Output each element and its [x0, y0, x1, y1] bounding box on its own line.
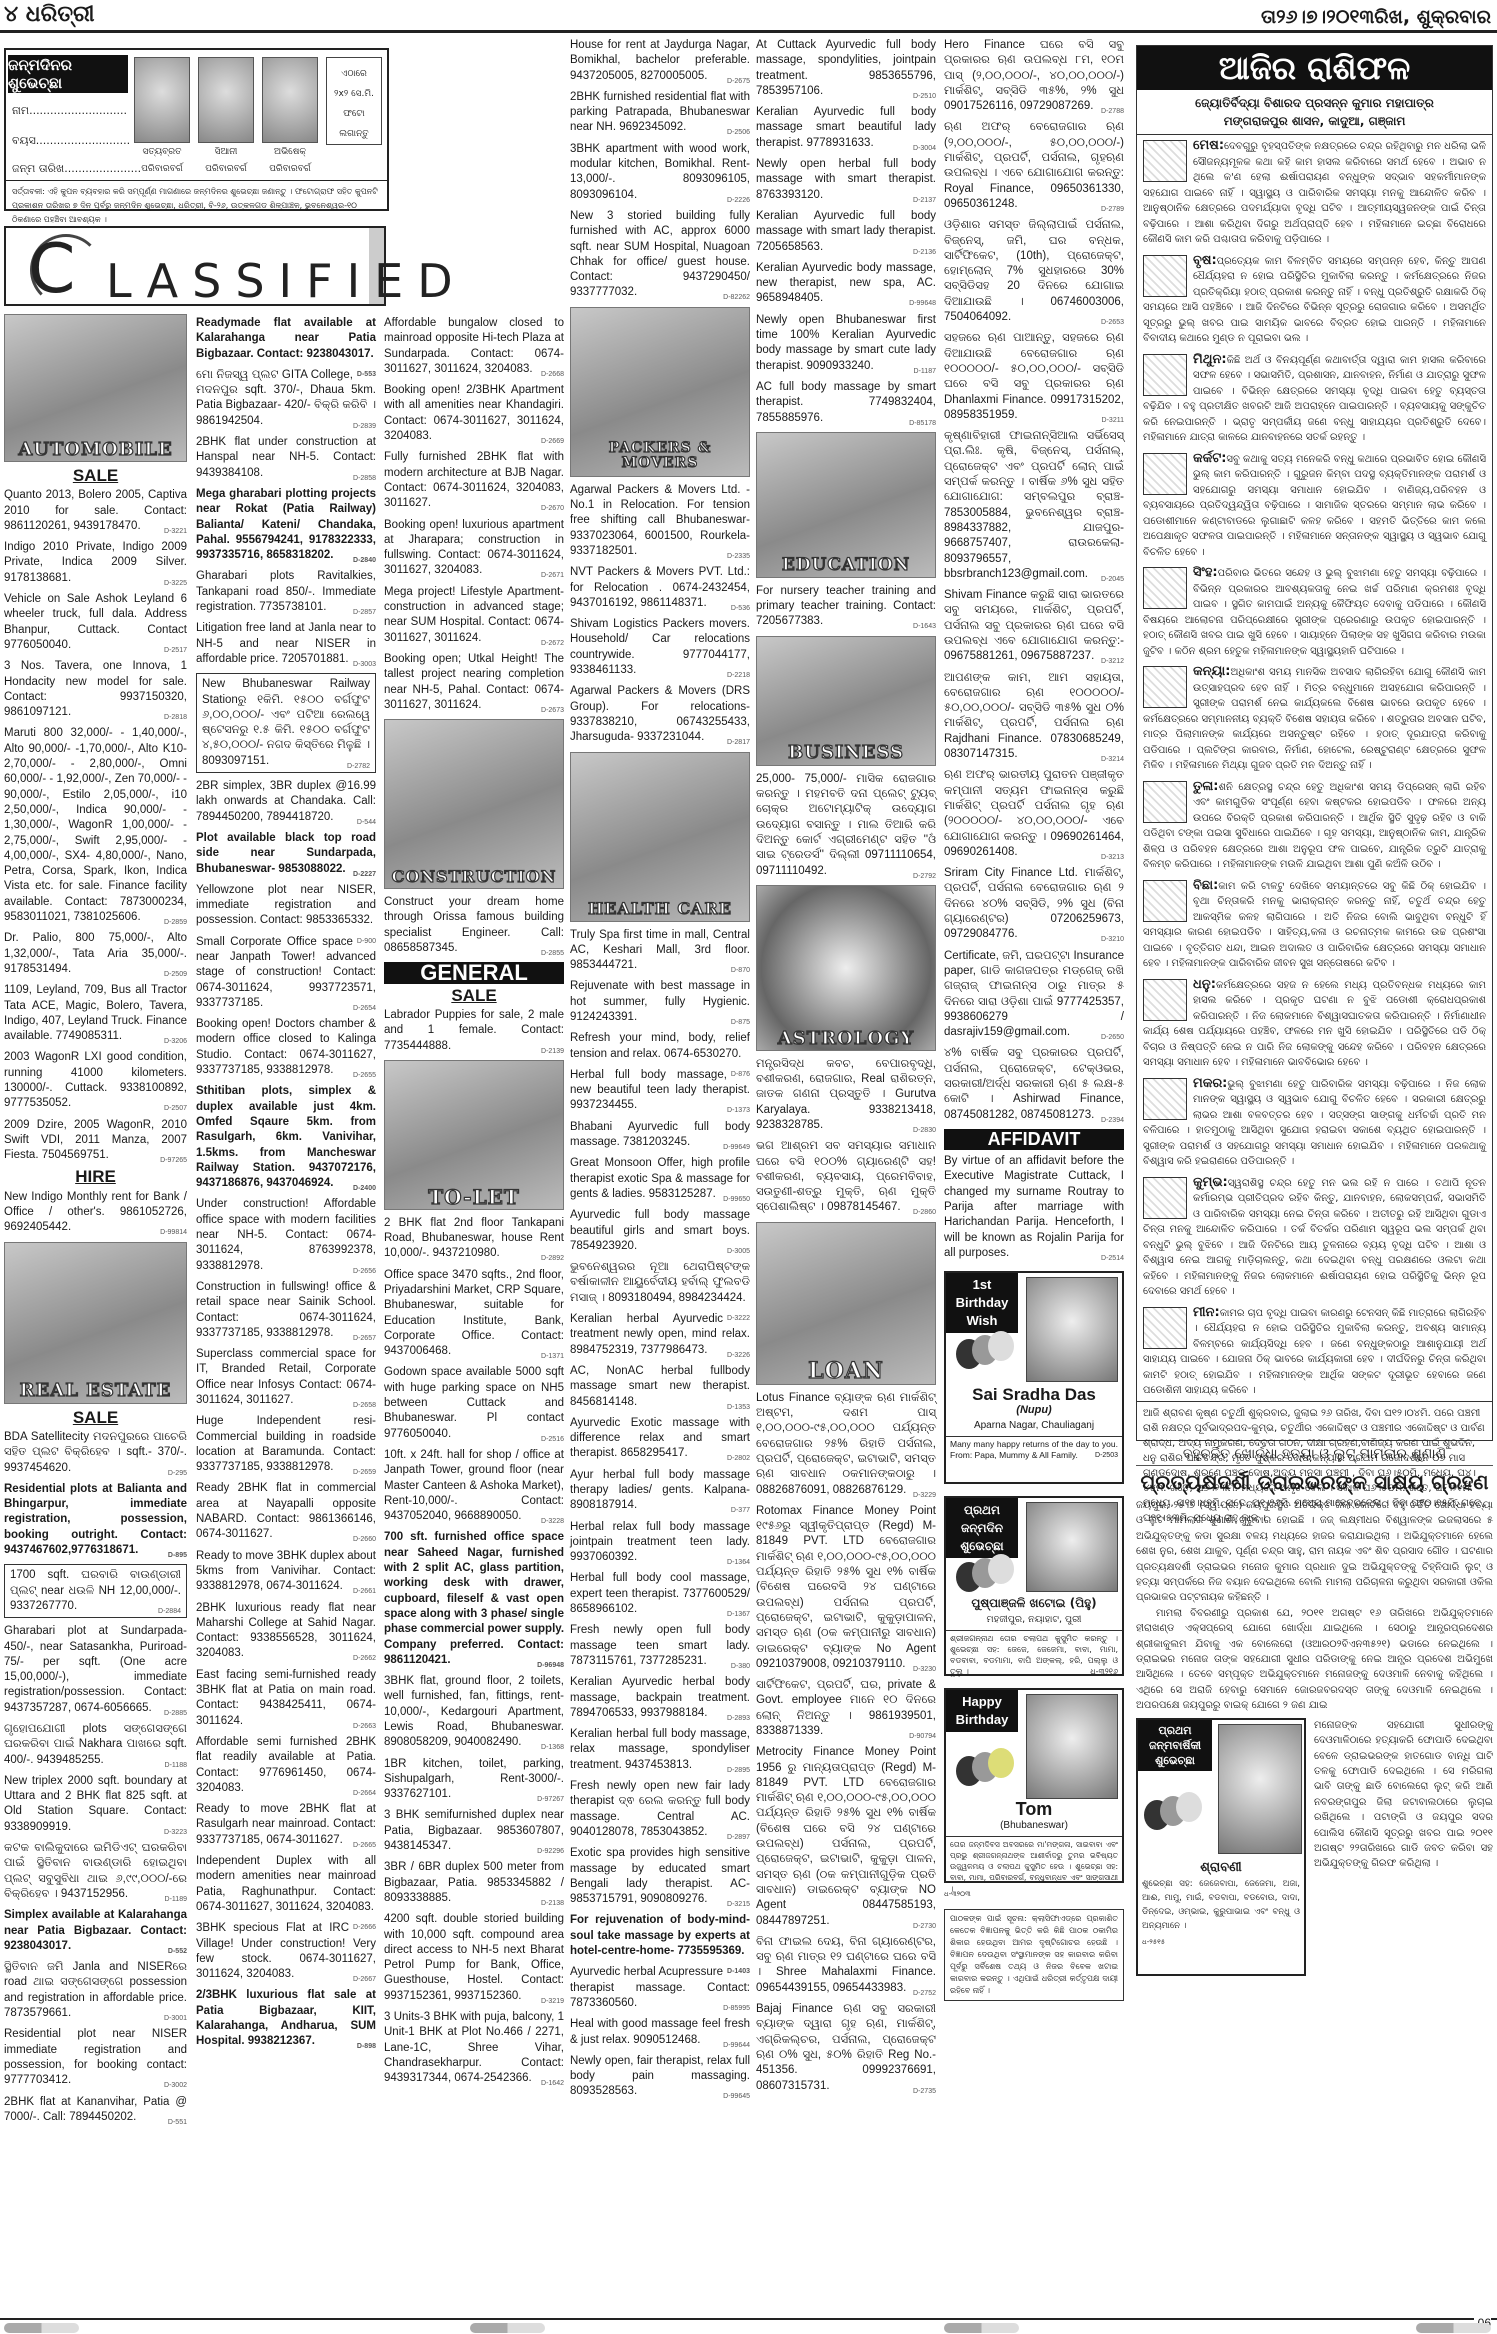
ad-text: Herbal full body cool massage, expert te…: [570, 1572, 750, 1615]
classified-ad: Lotus Finance ବ୍ୟାଙ୍କ ଋଣ ମାର୍କଶିଟ୍ ଅଷ୍ଟମ…: [756, 1391, 936, 1498]
ad-text: 2/3BHK luxurious flat sale at Patia Bigb…: [196, 1989, 376, 2047]
ad-code: D-2517: [164, 643, 187, 658]
ad-text: Certificate, ଜମି, ଘରପଟ୍ଟା Insurance pape…: [944, 950, 1124, 1038]
ad-text: Shivam Logistics Packers movers. Househo…: [570, 618, 750, 676]
ad-code: D-3206: [164, 1034, 187, 1049]
ad-text: ଋଣ ଅଫର୍ ଭାରତୀୟ ପୁରାତନ ପଞ୍ଜୀକୃତ କମ୍ପାନୀ ସ…: [944, 769, 1124, 857]
ad-text: Booking open! luxurious apartment at Jha…: [384, 519, 564, 577]
ad-text: Indigo 2010 Private, Indigo 2009 Private…: [4, 541, 187, 584]
classified-ad: 700 sft. furnished office space near Sah…: [384, 1530, 564, 1668]
classified-ad: କଟକ ବାଲିକୁଦାରେ ଇମିଡିଏଟ୍ ଘରକରିବା ପାଇଁ ସ୍ଥ…: [4, 1841, 187, 1902]
ad-text: 2BHK luxurious ready flat near Maharshi …: [196, 1602, 376, 1660]
classified-ad: ଓଡ଼ିଶାର ସମସ୍ତ ଜିଲ୍ଲାପାଇଁ ପର୍ସନାଲ, ବିଜ୍‌ନ…: [944, 218, 1124, 325]
classified-ad: Affordable bungalow closed to mainroad o…: [384, 316, 564, 377]
sign-text: କିଛି ଅର୍ଥ ଓ ବିନୟପୂର୍ଣ୍ଣ କଥାବାର୍ତ୍ତା ଦ୍ୱା…: [1143, 355, 1486, 444]
ad-text: Affordable bungalow closed to mainroad o…: [384, 317, 564, 375]
ad-code: D-3229: [913, 1488, 936, 1503]
ad-text: 2BHK flat under construction at Hanspal …: [196, 436, 376, 479]
balloons-icon: [956, 1752, 1016, 1792]
ad-code: D-2138: [541, 1896, 564, 1911]
ad-code: D-2661: [353, 1584, 376, 1599]
sign-name: କୁମ୍ଭ:: [1193, 1175, 1228, 1190]
sign-name: ସିଂହ:: [1193, 565, 1218, 580]
ad-text: Keralian Ayurvedic full body massage wit…: [756, 210, 936, 253]
classified-ad: 3 Units-3 BHK with puja, balcony, 1 Unit…: [384, 2010, 564, 2086]
classified-ad: Shivam Logistics Packers movers. Househo…: [570, 617, 750, 678]
ad-code: D-898: [357, 2039, 376, 2054]
zodiac-icon: [1143, 1177, 1187, 1219]
column-automobile-realestate: AUTOMOBILE SALE Quanto 2013, Bolero 2005…: [4, 314, 187, 2131]
classified-ad: Herbal full body massage, new beautiful …: [570, 1068, 750, 1114]
classified-ad: Superclass commercial space for IT, Bran…: [196, 1347, 376, 1408]
ad-text: Agarwal Packers & Movers (DRS Group). Fo…: [570, 685, 750, 743]
classified-ad: Readymade flat available at Kalarahanga …: [196, 316, 376, 362]
balloons-icon: [956, 1558, 1016, 1598]
classified-ad: 3BHK specious Flat at IRC Village! Under…: [196, 1921, 376, 1982]
classified-ad: Fresh newly open full body massage teen …: [570, 1623, 750, 1669]
column-rent-packers-health: House for rent at Jaydurga Nagar, Bomikh…: [570, 38, 750, 2106]
classified-ad: Independent Duplex with all modern ameni…: [196, 1854, 376, 1915]
ad-text: Agarwal Packers & Movers Ltd. - No.1 in …: [570, 484, 750, 557]
ad-code: D-97265: [160, 1153, 187, 1168]
section-heading-affidavit: AFFIDAVIT: [944, 1129, 1124, 1150]
zodiac-icon: [1143, 140, 1187, 182]
classified-ad: Great Monsoon Offer, high profile therap…: [570, 1156, 750, 1202]
classified-ad: Keralian Ayurvedic herbal body massage, …: [570, 1675, 750, 1721]
classified-ad: 2BHK flat under construction at Hanspal …: [196, 435, 376, 481]
classified-ad: Fully furnished 2BHK flat with modern ar…: [384, 450, 564, 511]
page-label: ୪ ଧରିତ୍ରୀ: [4, 2, 95, 27]
ad-text: AC, NonAC herbal fullbody massage smart …: [570, 1365, 750, 1408]
ad-code: D-377: [731, 1503, 750, 1518]
photo-caption: ଅଭିଷେକ୍ପରିବାରବର୍ଗ: [260, 144, 320, 178]
sign-text: କର୍ମକ୍ଷେତ୍ରରେ ସହଜ ନ ହେଲେ ମଧ୍ୟ ପ୍ରତିବନ୍ଧକ…: [1143, 980, 1486, 1069]
birthday-coupon: ଜନ୍ମଦିନର ଶୁଭେଚ୍ଛା ନାମ...................…: [4, 48, 389, 211]
ad-text: Rejuvenate with best massage in hot summ…: [570, 980, 750, 1023]
ad-code: D-2782: [347, 759, 370, 774]
ad-text: 10ft. x 24ft. hall for shop / office at …: [384, 1449, 564, 1522]
page-tab: [1416, 2323, 1491, 2333]
classified-ad: 3BHK flat, ground floor, 2 toilets, well…: [384, 1674, 564, 1750]
ad-code: D-2830: [913, 1123, 936, 1138]
ad-text: Office space 3470 sqfts., 2nd floor, Pri…: [384, 1269, 564, 1357]
ad-text: Truly Spa first time in mall, Central AC…: [570, 929, 750, 972]
ad-code: D-2671: [541, 568, 564, 583]
ad-code: D-3225: [164, 576, 187, 591]
ad-code: D-2137: [913, 193, 936, 208]
classified-ad: 3BHK apartment with wood work, modular k…: [570, 142, 750, 203]
ad-code: D-2858: [353, 471, 376, 486]
ad-text: Herbal full body massage, new beautiful …: [570, 1069, 750, 1112]
ad-code: D-3219: [541, 1994, 564, 2009]
ad-code: D-2139: [541, 1044, 564, 1059]
classified-ad: Small Corporate Office space near Janpat…: [196, 935, 376, 1011]
ad-text: Superclass commercial space for IT, Bran…: [196, 1348, 376, 1406]
classified-ad: ଆପଣଙ୍କ କାମ, ଆମ ସହାୟତା, ବେରୋଜଗାର ଋଣ ୧୦୦୦୦…: [944, 671, 1124, 763]
ad-text: By virtue of an affidavit before the Exe…: [944, 1155, 1124, 1259]
ad-code: D-870: [731, 963, 750, 978]
ad-code: D-3214: [1101, 752, 1124, 767]
zodiac-sign-entry: ମୀନ:କାମର ଚାପ ବୃଦ୍ଧି ପାଇବା କାରଣରୁ ଟେନସନ୍ …: [1137, 1302, 1492, 1401]
ad-text: Residential plot near NISER immediate re…: [4, 2028, 187, 2086]
classified-ad: Newly open, fair therapist, relax full b…: [570, 2054, 750, 2100]
ad-code: D-2840: [353, 553, 376, 568]
ad-text: Vehicle on Sale Ashok Leyland 6 wheeler …: [4, 593, 187, 651]
ad-text: 3BR / 6BR duplex 500 meter from Bigbazaa…: [384, 1861, 564, 1904]
classified-banner: C LASSIFIED: [4, 226, 386, 306]
ad-code: D-2226: [727, 193, 750, 208]
sign-name: ବୃଷ:: [1193, 253, 1217, 268]
classified-ad: ଋଣ ଅଫର୍ ବେରୋଜଗାର ଋଣ (୨,୦୦,୦୦୦/-, ୫୦,୦୦,୦…: [944, 120, 1124, 212]
ad-code: D-3004: [913, 141, 936, 156]
classified-ad: ଗୃହୋପଯୋଗୀ plots ସଙ୍ଗେସଙ୍ଗେ ଘରକରିବା ପାଇଁ …: [4, 1722, 187, 1768]
baby-photo: [1026, 1502, 1118, 1592]
ad-code: D-1187: [914, 364, 936, 379]
ad-code: D-1367: [727, 1607, 750, 1622]
ad-text: Yellowzone plot near NISER, immediate re…: [196, 884, 376, 927]
ad-text: Ready to move 2BHK flat at Rasulgarh nea…: [196, 1803, 376, 1846]
ad-code: D-99650: [723, 1192, 750, 1207]
ad-code: D-3213: [1101, 850, 1124, 865]
ad-text: 2003 WagonR LXI good condition, running …: [4, 1051, 187, 1109]
baby-photo: [1218, 1724, 1302, 1854]
ad-text: 1700 sqft. ଘରବାରି ବାଉଣ୍ଡାରୀ ପ୍ଲଟ୍ near ଧ…: [10, 1569, 181, 1612]
birthday-wish-box: ପ୍ରଥମ ଜନ୍ମବାର୍ଷିକୀ ଶୁଭେଚ୍ଛା ଶ୍ରାବଣୀ ଶୁଭେ…: [1136, 1718, 1306, 1976]
ad-code: D-2817: [727, 735, 750, 750]
child-photo: [1026, 1694, 1118, 1799]
ad-code: D-2884: [158, 1604, 181, 1619]
ad-text: Sriram City Finance Ltd. ମାର୍କଶିଟ୍, ପ୍ରପ…: [944, 867, 1124, 940]
classified-ad: 2009 Dzire, 2005 WagonR, 2010 Swift VDI,…: [4, 1118, 187, 1164]
zodiac-sign-entry: ମିଥୁନ:କିଛି ଅର୍ଥ ଓ ବିନୟପୂର୍ଣ୍ଣ କଥାବାର୍ତ୍ତ…: [1137, 349, 1492, 448]
horoscope-panel: ଆଜିର ରାଶିଫଳ ଜ୍ୟୋତିର୍ବିଦ୍ୟା ବିଶାରଦ ପ୍ରସନ୍…: [1136, 45, 1493, 1441]
ad-text: Fully furnished 2BHK flat with modern ar…: [384, 451, 564, 509]
ad-text: କୃଷ୍ଣାବିହାରୀ ଫାଇନାନ୍ସିଆଲ ସର୍ଭିସେସ୍ ପ୍ରା.…: [944, 430, 1124, 580]
ad-code: D-2335: [727, 549, 750, 564]
classified-ad: Construction in fullswing! office & reta…: [196, 1280, 376, 1341]
ad-text: Mega gharabari plotting projects near Ro…: [196, 488, 376, 561]
ad-code: D-1353: [727, 1400, 750, 1415]
classified-ad: Affordable semi furnished 2BHK flat read…: [196, 1735, 376, 1796]
ad-code: D-1373: [727, 1103, 750, 1118]
classified-ad: For nursery teacher training and primary…: [756, 584, 936, 630]
ad-code: D-2857: [353, 605, 376, 620]
ad-code: D-2675: [727, 74, 750, 89]
ad-text: Under construction! Affordable office sp…: [196, 1198, 376, 1271]
ad-text: Booking open! 2/3BHK Apartment with all …: [384, 384, 564, 442]
classified-ad: ବିନା ଫାଇଲ ଦେୟ, ବିନା ଗ୍ୟାରେଣ୍ଟର, ସବୁ ଋଣ ମ…: [756, 1935, 936, 1996]
classified-ad: ସହଜରେ ଋଣ ପାଆନ୍ତୁ, ସହଜରେ ଋଣ ଦିଆଯାଉଛି ବେରୋ…: [944, 331, 1124, 423]
age-field: ବୟସ...........................: [12, 134, 130, 148]
ad-text: ଗୃହୋପଯୋଗୀ plots ସଙ୍ଗେସଙ୍ଗେ ଘରକରିବା ପାଇଁ …: [4, 1723, 187, 1766]
ad-code: D-3228: [541, 1514, 564, 1529]
classified-ad: 2BR simplex, 3BR duplex @16.99 lakh onwa…: [196, 779, 376, 825]
zodiac-icon: [1143, 979, 1187, 1021]
section-heading-sale: SALE: [4, 1410, 187, 1425]
ad-code: D-90794: [909, 1729, 936, 1744]
classified-ad: Heal with good massage feel fresh & just…: [570, 2017, 750, 2048]
ad-code: D-3226: [727, 1348, 750, 1363]
ad-text: Gharabari plots Ravitalkies, Tankapani r…: [196, 570, 376, 613]
dob-field: ଜନ୍ମ ତାରିଖ......................: [12, 162, 141, 176]
ad-text: New triplex 2000 sqft. boundary at Uttar…: [4, 1775, 187, 1833]
classified-ad: 25,000- 75,000/- ମାସିକ ରୋଜଗାର କରନ୍ତୁ । ମ…: [756, 772, 936, 879]
classified-ad: Indigo 2010 Private, Indigo 2009 Private…: [4, 540, 187, 586]
sign-name: ବିଛା:: [1193, 878, 1218, 893]
ad-code: D-2660: [353, 1532, 376, 1547]
ad-code: D-2673: [541, 703, 564, 718]
ad-code: D-2653: [1101, 315, 1124, 330]
automobile-image: AUTOMOBILE: [4, 314, 187, 462]
ad-code: D-1643: [913, 619, 936, 634]
ad-code: D-1189: [165, 1892, 187, 1907]
ad-text: Quanto 2013, Bolero 2005, Captiva 2010 f…: [4, 489, 187, 532]
page-tab: [470, 2323, 545, 2333]
birthday-wish-box: ପ୍ରଥମ ଜନ୍ମଦିନ ଶୁଭେଚ୍ଛା ପୁଷ୍ପାଞ୍ଜଳି ଖଟୋଇ …: [944, 1496, 1124, 1676]
real-estate-image: REAL ESTATE: [4, 1242, 187, 1404]
classified-ad: Mega gharabari plotting projects near Ro…: [196, 487, 376, 563]
ad-code: D-2659: [353, 1465, 376, 1480]
classified-ad: AC, NonAC herbal fullbody massage smart …: [570, 1364, 750, 1410]
ad-code: D-2735: [913, 2084, 936, 2099]
zodiac-icon: [1143, 354, 1187, 396]
classified-ad: Dr. Palio, 800 75,000/-, Alto 1,32,000/-…: [4, 931, 187, 977]
ad-code: D-1364: [727, 1555, 750, 1570]
ad-text: BDA Satellitecity ମଦନପୁରରେ ପାଚେରି ସହିତ ପ…: [4, 1431, 187, 1474]
classified-ad: Agarwal Packers & Movers Ltd. - No.1 in …: [570, 483, 750, 559]
ad-code: D-99649: [723, 1140, 750, 1155]
ad-text: Dr. Palio, 800 75,000/-, Alto 1,32,000/-…: [4, 932, 187, 975]
sign-name: ମେଷ:: [1193, 138, 1224, 153]
business-image: BUSINESS: [756, 636, 936, 766]
ad-code: D-1368: [541, 1740, 564, 1755]
ad-text: House for rent at Jaydurga Nagar, Bomikh…: [570, 39, 750, 82]
classified-ad: କୃଷ୍ଣାବିହାରୀ ଫାଇନାନ୍ସିଆଲ ସର୍ଭିସେସ୍ ପ୍ରା.…: [944, 429, 1124, 582]
ad-text: Construct your dream home through Orissa…: [384, 896, 564, 954]
photo-caption: ସତ୍ୟବ୍ରତପରିବାରବର୍ଗ: [132, 144, 192, 178]
balloons-icon: [956, 1335, 1016, 1375]
classified-ad: Sriram City Finance Ltd. ମାର୍କଶିଟ୍, ପ୍ରପ…: [944, 866, 1124, 942]
zodiac-sign-entry: ବୃଷ:ପ୍ରତ୍ୟେକ କାମ ବିଳମ୍ବିତ ସମୟରେ ସମ୍ପନ୍ନ …: [1137, 250, 1492, 349]
classified-ad: House for rent at Jaydurga Nagar, Bomikh…: [570, 38, 750, 84]
ad-code: D-2792: [913, 869, 936, 884]
ad-text: For rejuvenation of body-mind-soul take …: [570, 1914, 750, 1957]
child-photo: [134, 57, 190, 143]
ad-text: Mega project! Lifestyle Apartment- const…: [384, 586, 564, 644]
ad-code: D-2802: [727, 1451, 750, 1466]
zodiac-sign-entry: ବିଛା:କାମ କରି ଟାଳଟୁ ଦେଖିବେ ସମୟାନ୍ତରେ ସବୁ …: [1137, 875, 1492, 974]
birthday-tag: ପ୍ରଥମ ଜନ୍ମବାର୍ଷିକୀ ଶୁଭେଚ୍ଛା: [1138, 1720, 1212, 1771]
classified-ad: Residential plots at Balianta and Bhinga…: [4, 1482, 187, 1558]
ad-code: D-3001: [164, 2011, 187, 2026]
sign-text: ଅଧିକାଂଶ ସମୟ ମାନସିକ ଅବସାଦ ଲାଗିରହିବା ଯୋଗୁ …: [1143, 667, 1486, 771]
classified-ad: Under construction! Affordable office sp…: [196, 1197, 376, 1273]
classified-ad: Plot available black top road side near …: [196, 831, 376, 877]
classified-ad: Ayur herbal full body massage therapy la…: [570, 1468, 750, 1514]
zodiac-sign-entry: ମକର:ଭୁଲ୍ ବୁଝାମଣା ହେତୁ ପାରିବାରିକ ସମସ୍ୟା ବ…: [1137, 1073, 1492, 1172]
ad-text: 3 Units-3 BHK with puja, balcony, 1 Unit…: [384, 2011, 564, 2084]
birthday-wish-box: 1st Birthday Wish Sai Sradha Das (Nupu) …: [944, 1271, 1124, 1484]
ad-text: ଓଡ଼ିଶାର ସମସ୍ତ ଜିଲ୍ଲାପାଇଁ ପର୍ସନାଲ, ବିଜ୍‌ନ…: [944, 219, 1124, 323]
ad-code: D-1371: [541, 1349, 564, 1364]
classified-ad: 2BHK luxurious ready flat near Maharshi …: [196, 1601, 376, 1662]
sign-name: ତୁଳା:: [1193, 779, 1219, 794]
classified-ad: AC full body massage by smart therapist.…: [756, 380, 936, 426]
classified-ad: Keralian herbal full body massage, relax…: [570, 1727, 750, 1773]
section-heading-general: GENERAL: [384, 962, 564, 983]
zodiac-sign-entry: କନ୍ୟା:ଅଧିକାଂଶ ସମୟ ମାନସିକ ଅବସାଦ ଲାଗିରହିବା…: [1137, 661, 1492, 776]
top-rule: [0, 30, 1497, 33]
classified-ad: ମନ୍ତ୍ରସିଦ୍ଧ କବଚ, ବେପାରବୃଦ୍ଧି, ବଶୀକରଣ, ରୋ…: [756, 1057, 936, 1133]
section-heading-sale: SALE: [4, 468, 187, 483]
classified-ad: Agarwal Packers & Movers (DRS Group). Fo…: [570, 684, 750, 745]
ad-code: D-2227: [353, 867, 376, 882]
ad-code: D-2895: [727, 1763, 750, 1778]
ad-code: D-2656: [353, 1264, 376, 1279]
sign-text: କାମର ଚାପ ବୃଦ୍ଧି ପାଇବା କାରଣରୁ ଟେନସନ୍ କିଛି…: [1143, 1308, 1486, 1397]
ad-code: D-2897: [727, 1830, 750, 1845]
classified-ad: For rejuvenation of body-mind-soul take …: [570, 1913, 750, 1959]
zodiac-icon: [1143, 666, 1187, 708]
ad-code: D-552: [168, 1944, 187, 1959]
zodiac-icon: [1143, 781, 1187, 823]
ad-code: D-85178: [909, 416, 936, 431]
ad-text: 3BHK apartment with wood work, modular k…: [570, 143, 750, 201]
ad-text: କଟକ ବାଲିକୁଦାରେ ଇମିଡିଏଟ୍ ଘରକରିବା ପାଇଁ ସ୍ଥ…: [4, 1842, 187, 1900]
ad-code: D-2136: [913, 245, 936, 260]
bottom-rule: [0, 2318, 1497, 2320]
ad-code: D-3003: [353, 657, 376, 672]
ad-code: D-3215: [727, 1897, 750, 1912]
ad-text: 2BHK flat at Kananvihar, Patia @ 7000/-.…: [4, 2096, 187, 2123]
ad-code: D-2514: [1101, 1251, 1124, 1266]
ad-text: 2BHK furnished residential flat with par…: [570, 91, 750, 134]
ad-code: D-380: [731, 1659, 750, 1674]
ad-text: New Bhubaneswar Railway Stationରୁ ୧କିମି.…: [202, 678, 370, 766]
classified-ad: Exotic spa provides high sensitive massa…: [570, 1846, 750, 1907]
ad-code: D-96948: [537, 1658, 564, 1673]
ad-code: D-2670: [541, 501, 564, 516]
classified-ad: 3 BHK semifurnished duplex near Patia, B…: [384, 1808, 564, 1854]
ad-text: Affordable semi furnished 2BHK flat read…: [196, 1736, 376, 1794]
ad-text: 1109, Leyland, 709, Bus all Tractor Tata…: [4, 984, 187, 1042]
ad-code: D-2045: [1101, 572, 1124, 587]
classified-ad: Residential plot near NISER immediate re…: [4, 2027, 187, 2088]
child-photo: [262, 57, 318, 143]
ad-code: D-3230: [913, 1662, 936, 1677]
ad-code: D-85995: [723, 2001, 750, 2016]
ad-text: Ayurvedic Exotic massage with difference…: [570, 1417, 750, 1460]
classified-ad: East facing semi-furnished ready 3BHK fl…: [196, 1668, 376, 1729]
classified-ad: Booking open! 2/3BHK Apartment with all …: [384, 383, 564, 444]
classified-ad: ମୋ ନିଜସ୍ୱ ପ୍ଲଟ GITA College, ମଦନପୁର sqft…: [196, 368, 376, 429]
ad-code: D-2893: [727, 1711, 750, 1726]
zodiac-sign-entry: କର୍କଟ:ସବୁ କଥାକୁ ସତ୍ୟ ମନେକରି ବନ୍ଧୁ କଥାରେ …: [1137, 448, 1492, 563]
ad-text: 3BHK flat, ground floor, 2 toilets, well…: [384, 1675, 564, 1748]
zodiac-icon: [1143, 255, 1187, 297]
ad-text: ଭଗ ଆଶ୍ରମ ସବ ସମସ୍ୟାର ସମାଧାନ ଘରେ ବସି ୧୦୦% …: [756, 1140, 936, 1213]
sign-text: ସ୍ୱରାଶିସ୍ଥ ଚନ୍ଦ୍ର ହେତୁ ମନ ଭଲ ରହି ନ ପାରେ …: [1143, 1178, 1486, 1298]
classified-ad: ସ୍ଥିତିବାନ ଜମି Janla and NISERରେ road ଥାଇ…: [4, 1960, 187, 2021]
ad-text: Metrocity Finance Money Point 1956 ରୁ ମା…: [756, 1746, 936, 1926]
zodiac-icon: [1143, 1078, 1187, 1120]
ad-text: Sthitiban plots, simplex & duplex availa…: [196, 1085, 376, 1189]
ad-text: ସହଜରେ ଋଣ ପାଆନ୍ତୁ, ସହଜରେ ଋଣ ଦିଆଯାଉଛି ବେରୋ…: [944, 332, 1124, 420]
ad-code: D-2818: [164, 710, 187, 725]
ad-text: Fresh newly open new fair lady therapist…: [570, 1780, 750, 1838]
sign-text: ସବୁ କଥାକୁ ସତ୍ୟ ମନେକରି ବନ୍ଧୁ କଥାରେ ପ୍ରଭାବ…: [1143, 454, 1486, 558]
classified-ad: Sthitiban plots, simplex & duplex availa…: [196, 1084, 376, 1191]
sign-text: ଶନି କ୍ଷେତ୍ରସ୍ଥ ଚନ୍ଦ୍ର ହେତୁ ଅଧିକାଂଶ ସମୟ ଡ…: [1143, 782, 1486, 871]
classified-ad: Litigation free land at Janla near to NH…: [196, 621, 376, 667]
classified-ad: Herbal full body cool massage, expert te…: [570, 1571, 750, 1617]
ad-text: Keralian Ayurvedic full body massage sma…: [756, 106, 936, 149]
child-photo: [198, 57, 254, 143]
classified-ad: ଭୁବନେଶ୍ୱରର ନୂଆ ଥେରାପିଷ୍ଟଙ୍କ ବର୍ଷାକାଳୀନ ଆ…: [570, 1260, 750, 1306]
ad-text: Booking open! Doctors chamber & modern o…: [196, 1018, 376, 1076]
classified-ad: Ready to move 3BHK duplex about 5kms fro…: [196, 1549, 376, 1595]
ad-text: Huge Independent resi-Commercial buildin…: [196, 1415, 376, 1473]
ad-code: D-2663: [353, 1719, 376, 1734]
zodiac-icon: [1143, 453, 1187, 495]
sign-name: କନ୍ୟା:: [1193, 664, 1230, 679]
ad-text: Lotus Finance ବ୍ୟାଙ୍କ ଋଣ ମାର୍କଶିଟ୍ ଅଷ୍ଟମ…: [756, 1392, 936, 1496]
zodiac-sign-entry: ସିଂହ:ପରିବାର ଭିତରେ ସନ୍ଦେହ ଓ ଭୁଲ୍ ବୁଝାମଣା …: [1137, 562, 1492, 661]
ad-code: D-99814: [160, 1225, 187, 1240]
ad-code: D-2789: [1101, 202, 1124, 217]
photo-caption: ସିଆନୀପରିବାରବର୍ଗ: [196, 144, 256, 178]
classified-ad: Keralian herbal Ayurvedic treatment newl…: [570, 1312, 750, 1358]
news-kicker: ବହୁଚର୍ଚ୍ଚିତ ଖୋର୍ଦ୍ଧା ହତ୍ୟା ଓ ଲୁଟ୍ ମାମଲାର…: [1136, 1446, 1493, 1466]
ad-code: D-99644: [723, 2038, 750, 2053]
classified-ad: Booking open! luxurious apartment at Jha…: [384, 518, 564, 579]
coupon-title: ଜନ୍ମଦିନର ଶୁଭେଚ୍ଛା: [8, 55, 128, 93]
ad-code: D-2657: [353, 1331, 376, 1346]
classified-ad: ୪% ବାର୍ଷିକ ସବୁ ପ୍ରକାରର ପ୍ରପର୍ଟି, ପର୍ସନାଲ…: [944, 1046, 1124, 1122]
sign-name: ମୀନ:: [1193, 1305, 1220, 1320]
ad-code: D-551: [168, 2115, 187, 2130]
classified-ad: 2003 WagonR LXI good condition, running …: [4, 1050, 187, 1111]
classified-ad: Ready to move 2BHK flat at Rasulgarh nea…: [196, 1802, 376, 1848]
classified-ad: Gharabari plots Ravitalkies, Tankapani r…: [196, 569, 376, 615]
birthday-tag: Happy Birthday: [946, 1690, 1018, 1732]
ad-text: 700 sft. furnished office space near Sah…: [384, 1531, 564, 1665]
ad-code: D-544: [357, 815, 376, 830]
ad-text: Fresh newly open full body massage teen …: [570, 1624, 750, 1667]
ad-text: Residential plots at Balianta and Bhinga…: [4, 1483, 187, 1556]
ad-text: For nursery teacher training and primary…: [756, 585, 936, 628]
ad-text: 2 BHK flat 2nd floor Tankapani Road, Bhu…: [384, 1217, 564, 1260]
zodiac-icon: [1143, 1307, 1187, 1349]
ad-code: D-82262: [723, 290, 750, 305]
ad-code: D-2839: [353, 419, 376, 434]
classified-ad: 2 BHK flat 2nd floor Tankapani Road, Bhu…: [384, 1216, 564, 1262]
column-massage-loan: At Cuttack Ayurvedic full body massage, …: [756, 38, 936, 2100]
classified-ad: Truly Spa first time in mall, Central AC…: [570, 928, 750, 974]
classified-ad: Keralian Ayurvedic full body massage wit…: [756, 209, 936, 255]
ad-text: Exotic spa provides high sensitive massa…: [570, 1847, 750, 1905]
classified-ad: Hero Finance ଘରେ ବସି ସବୁ ପ୍ରକାରର ଋଣ ଉପଲବ…: [944, 38, 1124, 114]
zodiac-icon: [1143, 880, 1187, 922]
ad-code: D-2664: [353, 1786, 376, 1801]
classified-ad: 10ft. x 24ft. hall for shop / office at …: [384, 1448, 564, 1524]
ad-text: ମନ୍ତ୍ରସିଦ୍ଧ କବଚ, ବେପାରବୃଦ୍ଧି, ବଶୀକରଣ, ରୋ…: [756, 1058, 936, 1131]
ad-code: D-99648: [909, 296, 936, 311]
issue-date: ତା୨୬।୭।୨୦୧୩ରିଖ, ଶୁକ୍ରବାର: [1261, 6, 1491, 28]
ad-code: D-2669: [541, 434, 564, 449]
astrology-image: ASTROLOGY: [756, 885, 936, 1051]
ad-text: ୪% ବାର୍ଷିକ ସବୁ ପ୍ରକାରର ପ୍ରପର୍ଟି, ପର୍ସନାଲ…: [944, 1047, 1124, 1120]
